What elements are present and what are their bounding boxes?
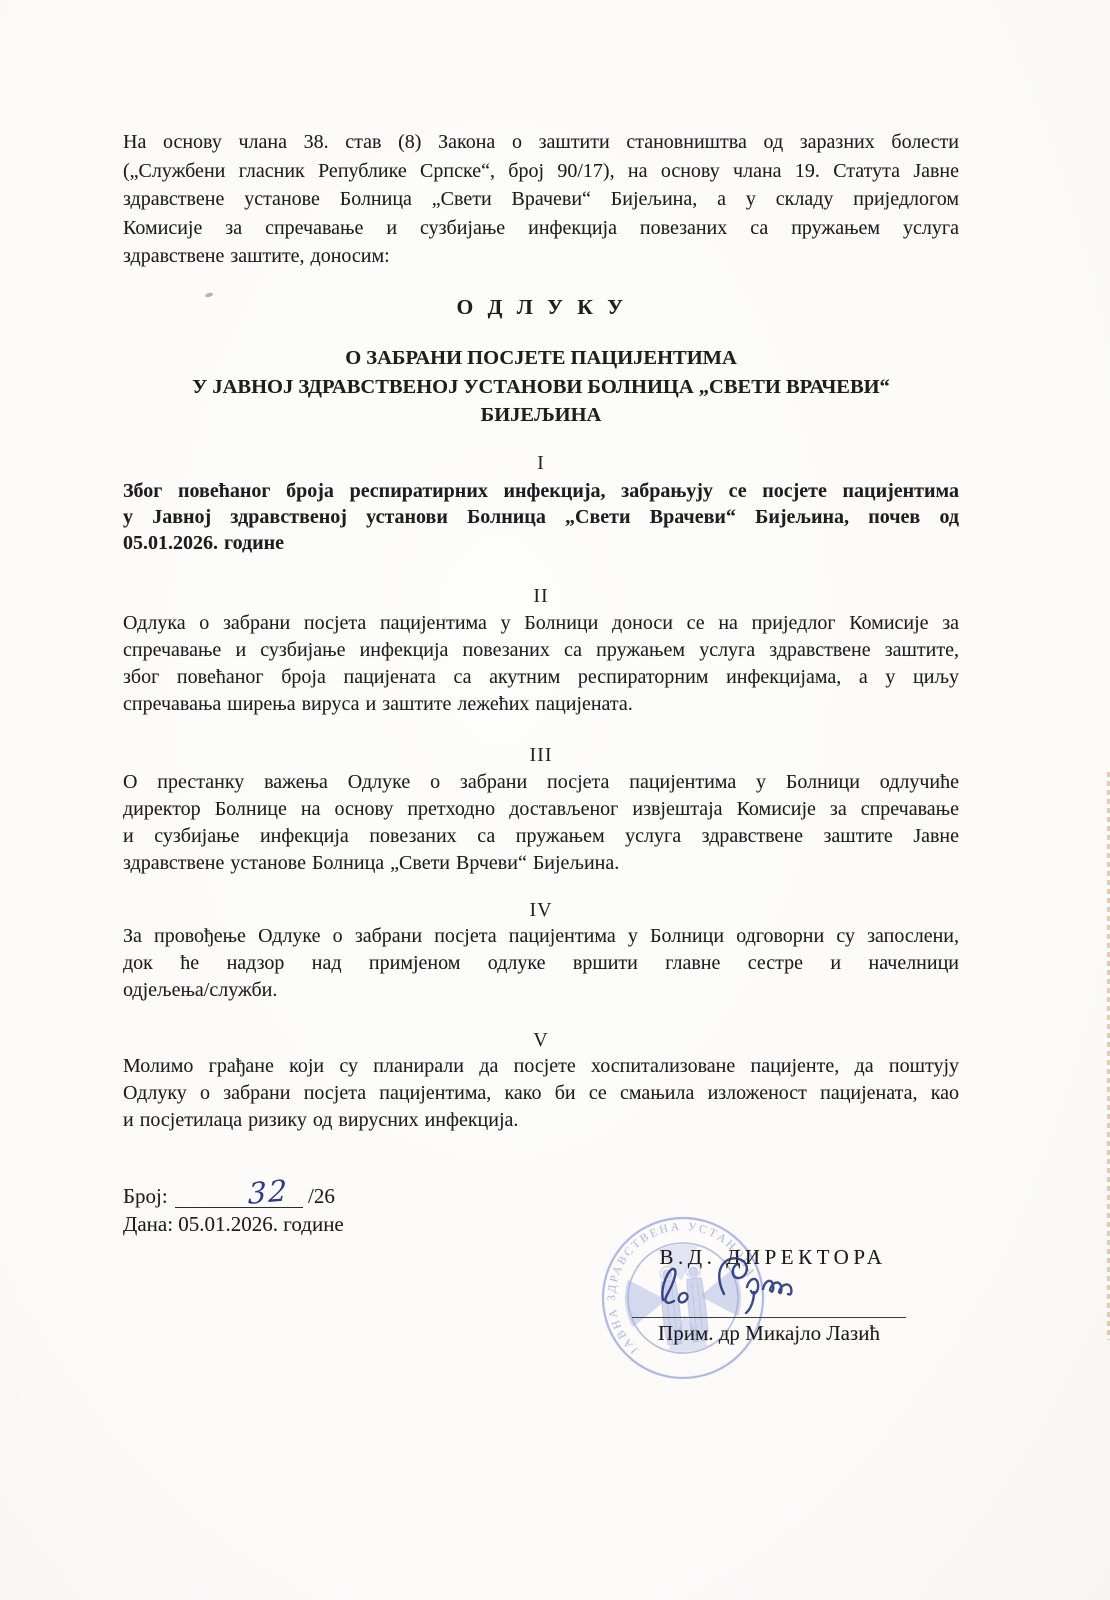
intro-line: здравствене установе Болница „Свети Врач… [123,185,959,214]
section-numeral-2: II [123,585,959,608]
handwritten-number: 32 [248,1173,289,1211]
section-paragraph-2: Одлука о забрани посјета пацијентима у Б… [123,610,959,718]
intro-line: Комисије за спречавање и сузбијање инфек… [123,214,959,243]
section-line: За провођење Одлуке о забрани посјета па… [123,923,959,950]
subtitle-line: У ЈАВНОЈ ЗДРАВСТВЕНОЈ УСТАНОВИ БОЛНИЦА „… [123,373,959,402]
section-numeral-4: IV [123,899,959,922]
intro-line: На основу чланa 38. став (8) Закона о за… [123,128,959,157]
section-line: и посјетилаца ризику од вирусних инфекци… [123,1107,959,1134]
section-line: због повећаног броја пацијената са акутн… [123,664,959,691]
decision-title: О Д Л У К У [123,295,959,320]
section-line: спречавање и сузбијање инфекција повезан… [123,637,959,664]
section-paragraph-3: О престанку важења Одлуке о забрани посј… [123,769,959,877]
section-line: 05.01.2026. године [123,530,959,556]
section-numeral-5: V [123,1029,959,1052]
section-line: Због повећаног броја респиратирних инфек… [123,478,959,504]
section-paragraph-1: Због повећаног броја респиратирних инфек… [123,478,959,556]
section-line: одјељења/служби. [123,977,959,1004]
section-line: Молимо грађане који су планирали да посј… [123,1053,959,1080]
section-line: Одлука о забрани посјета пацијентима у Б… [123,610,959,637]
section-line: директор Болнице на основу претходно дос… [123,796,959,823]
section-line: Одлуку о забрани посјета пацијентима, ка… [123,1080,959,1107]
section-line: спречавања ширења вируса и заштите лежећ… [123,691,959,718]
signature-ink [650,1254,825,1316]
signature-rule [632,1317,906,1318]
decision-subtitle: О ЗАБРАНИ ПОСЈЕТЕ ПАЦИЈЕНТИМА У ЈАВНОЈ З… [123,344,959,430]
intro-line: здравствене заштите, доносим: [123,242,959,271]
intro-line: („Службени гласник Републике Српске“, бр… [123,157,959,186]
section-line: здравствене установе Болница „Свети Врче… [123,850,959,877]
subtitle-line: БИЈЕЉИНА [123,401,959,430]
date-line: Дана: 05.01.2026. године [123,1212,344,1237]
subtitle-line: О ЗАБРАНИ ПОСЈЕТЕ ПАЦИЈЕНТИМА [123,344,959,373]
section-line: док ће надзор над примјеном одлуке вршит… [123,950,959,977]
number-label: Број: [123,1184,168,1209]
section-numeral-3: III [123,744,959,767]
section-line: и сузбијање инфекција повезаних са пружа… [123,823,959,850]
signer-name: Прим. др Микајло Лазић [632,1321,906,1346]
section-line: у Јавној здравственој установи Болница „… [123,504,959,530]
number-suffix: /26 [308,1184,335,1209]
section-paragraph-5: Молимо грађане који су планирали да посј… [123,1053,959,1134]
scanned-document: { "document": { "intro": { "lines": [ "Н… [0,0,1110,1600]
intro-paragraph: На основу чланa 38. став (8) Закона о за… [123,128,959,271]
section-paragraph-4: За провођење Одлуке о забрани посјета па… [123,923,959,1004]
section-numeral-1: I [123,452,959,475]
section-line: О престанку важења Одлуке о забрани посј… [123,769,959,796]
